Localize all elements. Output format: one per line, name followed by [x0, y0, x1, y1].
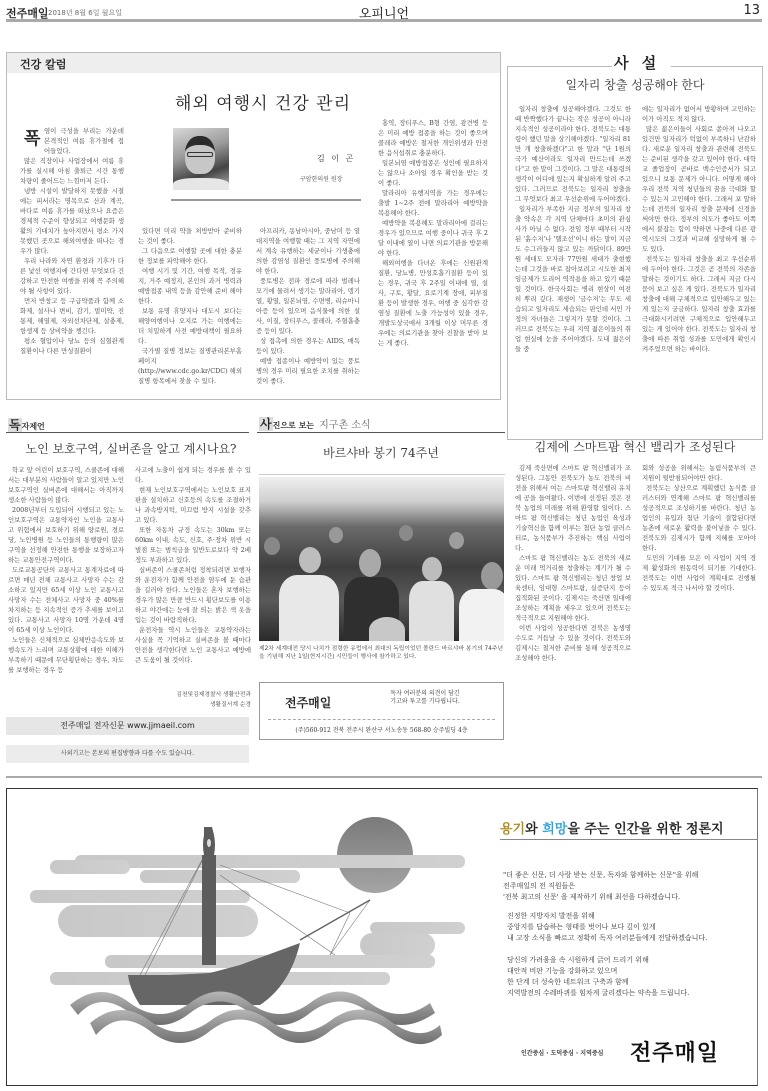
contact-divider: [268, 719, 495, 720]
ad-footer-logo: 전주매일: [630, 1036, 719, 1067]
ad-line: 전주매일의 전 직원들은: [503, 881, 698, 892]
editorial-2-col-1: 김제 죽산면에 스마트 팜 혁신밸리가 조성된다. 그동안 전북도가 농도 전북…: [515, 463, 631, 771]
contribution-notice: 사외기고는 본보의 편집방향과 다를 수도 있습니다.: [6, 745, 249, 763]
reader-column-label: 독자제언: [8, 414, 45, 433]
contact-logo: 전주매일: [285, 694, 331, 711]
health-col-2: 있다면 미리 약을 처방받아 준비하는 것이 좋다. 그 다음으로 여행할 곳에…: [138, 226, 242, 394]
ad-headline-courage: 용기: [500, 822, 525, 837]
ad-line: 지역발전의 수레바퀴를 힘차게 굴리겠다는 약속을 드립니다.: [507, 988, 689, 999]
pen-ship-illustration: [30, 815, 480, 1055]
health-column-label: 건강 칼럼: [20, 56, 66, 72]
photo-news-title-rule: [259, 474, 505, 475]
ad-separator-rule: [6, 776, 762, 778]
health-column-header-bar: [7, 53, 500, 73]
ad-line: "더 좋은 신문, 더 사랑 받는 신문, 독자와 함께하는 신문"을 위해: [503, 870, 698, 881]
ad-paragraph-1: "더 좋은 신문, 더 사랑 받는 신문, 독자와 함께하는 신문"을 위해 전…: [503, 870, 698, 903]
reader-byline-2: 생활질서계 순경: [135, 699, 251, 708]
photo-caption: 제2차 세계대전 당시 나치가 점령한 유럽에서 최대의 독립이었던 폴란드 바…: [259, 645, 504, 661]
contact-slogan-line-2: 기고와 투고를 기다립니다.: [375, 698, 475, 706]
editorial-top-rule-left: [507, 66, 612, 67]
author-rule: [171, 199, 361, 201]
reader-col-1: 학교 앞 어린이 보호구역, 스쿨존에 대해서는 대부분의 사람들이 알고 있지…: [8, 465, 124, 713]
contact-slogan-line-1: 독자 여러분의 의견이 담긴: [375, 690, 475, 698]
ad-line: 진정한 지방자치 발전을 위해: [507, 911, 707, 922]
page-number: 13: [743, 3, 760, 18]
photo-news-label: 사진으로 보는 지구촌 소식: [259, 413, 371, 432]
ad-headline-rule: [500, 839, 758, 840]
editorial-top-rule-right: [671, 66, 763, 67]
reader-byline-1: 김천및김제경찰서 생활안전과: [135, 689, 251, 698]
reader-col-2: 사고에 노출이 쉽게 되는 경우를 볼 수 있다. 현재 노인보호구역에서는 노…: [135, 465, 251, 687]
editorial-1-col-2: 에는 일자리가 없어서 방황하며 고민하는 이가 아직도 적지 않다. 많은 젊…: [642, 104, 756, 400]
editorial-heading: 사 설: [614, 52, 660, 73]
ad-footer-tagline: 인간중심 · 도덕중심 · 지역중심: [521, 1048, 603, 1057]
editorial-2-title: 김제에 스마트팜 혁신 밸리가 조성된다: [507, 438, 763, 455]
reader-column-title: 노인 보호구역, 실버존을 알고 계시나요?: [6, 440, 256, 457]
editorial-1-col-1: 일자리 창출에 성공해야겠다. 그것도 한 때 반짝했다가 끝나는 작은 성공이…: [515, 104, 631, 400]
photo-news-rule: [257, 432, 505, 433]
editorial-2-col-2: 회와 성공을 위해서는 농림식품부의 큰 지원이 뒷받침되어야만 한다. 전북도…: [642, 463, 756, 771]
health-col-1: 많은 직장이나 사업장에서 여름 휴가를 실시해 아침 출퇴근 시간 통행 차량…: [20, 156, 124, 394]
health-column-title: 해외 여행시 건강 관리: [175, 89, 351, 114]
health-col-1-intro: 염이 극성을 부리는 가운데 본격적인 여름 휴가철에 접어들었다.: [44, 126, 124, 156]
photo-news-label-light: 지구촌 소식: [319, 420, 370, 431]
ad-line: '전북 최고의 신문' 을 제작하기 위해 최선을 다하겠습니다.: [503, 892, 698, 903]
ad-line: 한 단계 더 성숙한 네트워크 구축과 함께: [507, 977, 689, 988]
ad-line: 중앙지를 답습하는 형태를 벗어나 보다 깊이 있게: [507, 922, 707, 933]
reader-column-label-initial: 독: [8, 418, 22, 432]
health-col-3: 아프리카, 동남아시아, 중남미 등 열대지역을 여행할 때는 그 지역 자연에…: [256, 226, 360, 394]
ad-headline-rest: 을 주는 인간을 위한 정론지: [567, 822, 723, 837]
photo-news-label-initial: 사: [259, 417, 273, 431]
health-col-4: 홍역, 장티푸스, B형 간염, 광견병 등은 미리 예방 접종을 하는 것이 …: [378, 118, 488, 394]
editorial-1-title: 일자리 창출 성공해야 한다: [507, 76, 763, 93]
ad-headline-and: 와: [525, 822, 542, 837]
ad-line: 내 고장 소식을 빠르고 정확히 독자 여러분들에게 전달하겠습니다.: [507, 933, 707, 944]
dropcap: 폭: [24, 124, 40, 149]
author-role: 구암한의원 원장: [300, 174, 342, 183]
crowd-photo: [259, 477, 504, 641]
contact-address: (주)560-912 전북 전주시 완산구 서노송동 568-80 승주빌딩 4…: [259, 725, 504, 734]
ad-paragraph-2: 진정한 지방자치 발전을 위해 중앙지를 답습하는 형태를 벗어나 보다 깊이 …: [507, 911, 707, 944]
photo-news-label-mid: 진으로 보는: [273, 421, 314, 430]
contact-slogan: 독자 여러분의 의견이 담긴 기고와 투고를 기다립니다.: [375, 690, 475, 706]
photo-news-title: 바르샤바 봉기 74주년: [257, 444, 505, 461]
author-photo: [173, 128, 229, 190]
ad-headline-hope: 희망: [542, 822, 567, 837]
reader-column-rule: [6, 432, 249, 433]
header-rule: [6, 19, 762, 22]
ad-line: 당신의 가려움을 속 시원하게 긁어 드리기 위해: [507, 955, 689, 966]
ad-headline: 용기와 희망을 주는 인간을 위한 정론지: [500, 818, 724, 837]
reader-column-label-rest: 자제언: [22, 422, 45, 431]
epaper-link[interactable]: 전주매일 전자신문 www.jjmaeil.com: [6, 717, 249, 735]
ad-line: 대안적 비판 기능을 강화하고 있으며: [507, 966, 689, 977]
ad-paragraph-3: 당신의 가려움을 속 시원하게 긁어 드리기 위해 대안적 비판 기능을 강화하…: [507, 955, 689, 999]
author-name: 김 이 곤: [317, 153, 355, 164]
